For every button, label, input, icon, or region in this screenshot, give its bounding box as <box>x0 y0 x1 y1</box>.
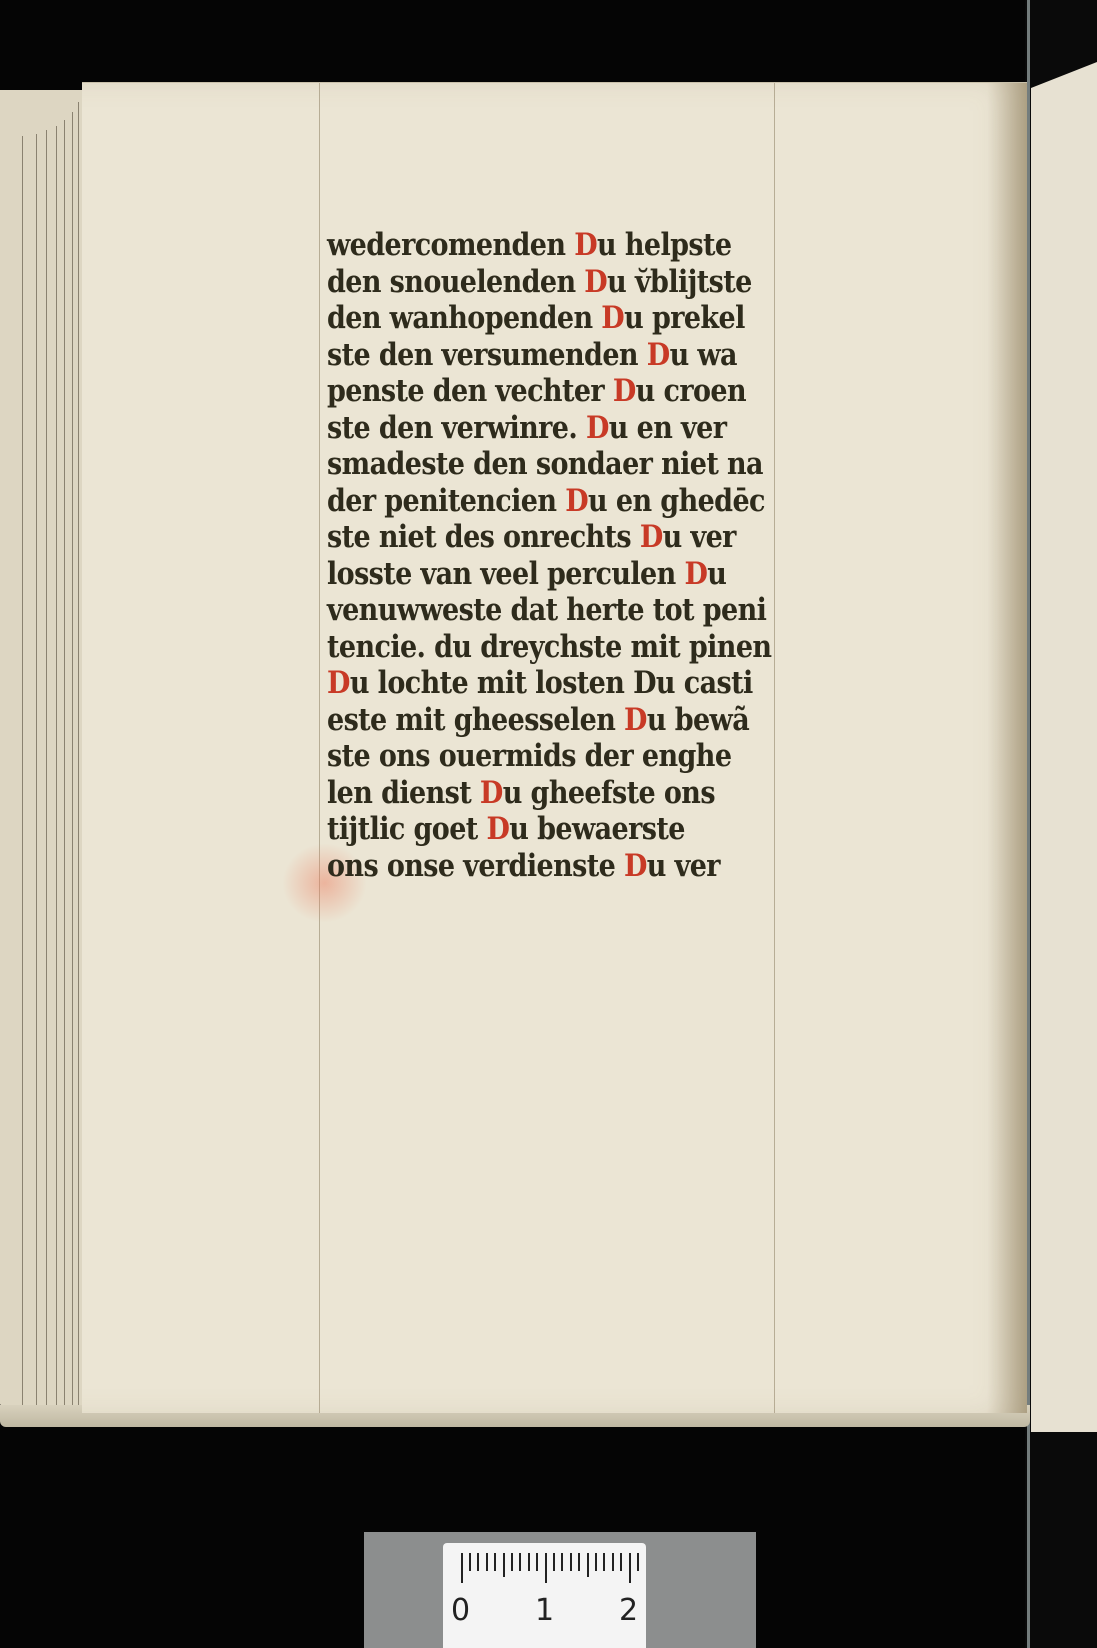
text-line: tijtlic goet Du bewaerste <box>327 809 847 851</box>
rubric-initial: D <box>480 775 503 811</box>
scale-ruler: 0 1 2 <box>443 1543 646 1648</box>
rubric-initial: D <box>640 520 663 556</box>
text-line: venuwweste dat herte tot peni <box>327 590 847 632</box>
ruler-label-2: 2 <box>619 1593 638 1628</box>
rubric-initial: D <box>647 337 670 373</box>
rubric-initial: D <box>624 702 647 738</box>
rubric-initial: D <box>327 666 350 702</box>
rubric-initial: D <box>601 301 624 337</box>
glass-plate-edge <box>1027 0 1030 1648</box>
rubric-initial: D <box>684 556 707 592</box>
text-line: ste niet des onrechts Du ver <box>327 517 847 559</box>
text-line: penste den vechter Du croen <box>327 371 847 413</box>
rubric-initial: D <box>586 410 609 446</box>
manuscript-page: wedercomenden Du helpste den snouelenden… <box>82 82 1027 1413</box>
text-line: Du lochte mit losten Du casti <box>327 663 847 705</box>
rubric-initial: D <box>574 228 597 264</box>
rubric-initial: D <box>486 812 509 848</box>
text-line: ste ons ouermids der enghe <box>327 736 847 778</box>
text-line: wedercomenden Du helpste <box>327 225 847 267</box>
text-line: smadeste den sondaer niet na <box>327 444 847 486</box>
ruler-label-0: 0 <box>451 1593 470 1628</box>
rubric-initial: D <box>565 483 588 519</box>
ruling-line-left <box>319 83 320 1413</box>
text-block: wedercomenden Du helpste den snouelenden… <box>327 228 847 885</box>
rubric-initial: D <box>624 848 647 884</box>
rubric-initial: D <box>613 374 636 410</box>
facing-page-edge <box>1031 62 1097 1432</box>
ruler-label-1: 1 <box>535 1593 554 1628</box>
rubric-initial: D <box>584 264 607 300</box>
text-line: den wanhopenden Du prekel <box>327 298 847 340</box>
page-stack-edges <box>0 90 85 1415</box>
text-line: ons onse verdienste Du ver <box>327 846 847 888</box>
gutter-shadow <box>987 83 1027 1413</box>
